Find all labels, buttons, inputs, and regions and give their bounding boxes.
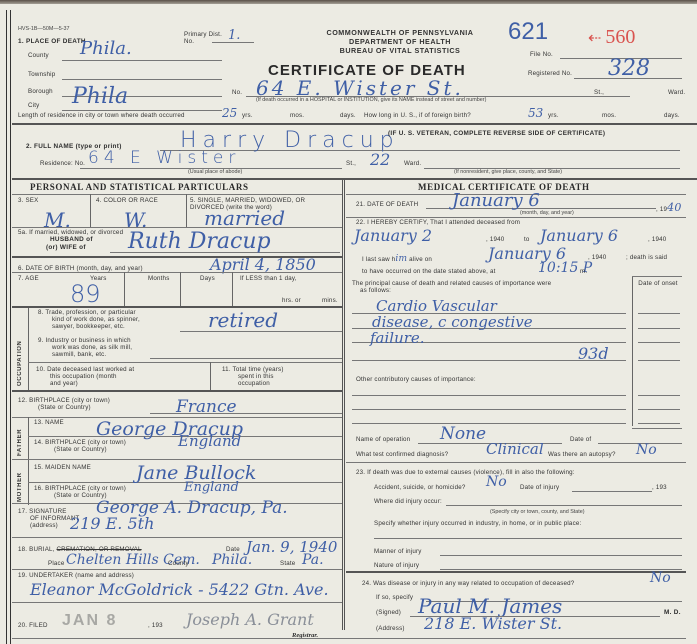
injury-year: , 193 (652, 484, 667, 491)
injury-where-label: Where did injury occur: (374, 498, 442, 505)
residence-label: Residence: No. (40, 160, 85, 167)
cause-line-3: failure. (370, 330, 533, 346)
form-code: HVS-1B—50M—5-37 (18, 26, 70, 32)
address-label: (Address) (376, 625, 405, 632)
spouse-value: Ruth Dracup (128, 229, 271, 254)
last-saw-label: I last saw him alive on (362, 254, 432, 264)
header-line-3: BUREAU OF VITAL STATISTICS (300, 46, 500, 55)
header-line-1: COMMONWEALTH OF PENNSYLVANIA (300, 28, 500, 37)
dob-label: 6. DATE OF BIRTH (month, day, and year) (18, 265, 143, 272)
residence-ward-value: 22 (370, 150, 390, 169)
us-days-label: days. (664, 112, 680, 119)
m-label: m. (580, 268, 587, 275)
trade-label: 8. Trade, profession, or particular kind… (38, 309, 140, 330)
birthplace-sub: (State or Country) (38, 404, 91, 411)
months-label: Months (148, 275, 170, 282)
city-value: Phila (72, 84, 128, 109)
certify-label: 22. I HEREBY CERTIFY, That I attended de… (356, 219, 520, 226)
filed-year: , 193 (148, 622, 163, 629)
agency-header: COMMONWEALTH OF PENNSYLVANIA DEPARTMENT … (300, 28, 500, 55)
occupation-related-value: No (650, 570, 671, 586)
mos-label: mos. (290, 112, 304, 119)
father-side-label: FATHER (17, 420, 23, 456)
father-bp-label: 14. BIRTHPLACE (city or town) (34, 439, 126, 446)
test-label: What test confirmed diagnosis? (356, 451, 448, 458)
injury-specify-label: Specify whether injury occurred in indus… (374, 520, 581, 527)
residence-length-label: Length of residence in city or town wher… (18, 112, 185, 119)
birthplace-value: France (176, 397, 237, 417)
specify-label: If so, specify (376, 594, 413, 601)
last-worked-label: 10. Date deceased last worked at this oc… (36, 366, 134, 387)
cause-duration: 93d (578, 344, 609, 363)
file-no-label: File No. (530, 51, 553, 58)
trade-value: retired (208, 308, 278, 332)
accident-value: No (486, 474, 507, 490)
left-border-rule (6, 10, 11, 640)
date-of-death-year: , 1940 (656, 201, 682, 214)
street-no-label: No. (232, 89, 242, 96)
autopsy-label: Was there an autopsy? (548, 451, 616, 458)
signed-label: (Signed) (376, 609, 401, 616)
age-years-value: 89 (70, 280, 101, 308)
md-label: M. D. (664, 609, 681, 616)
manner-label: Manner of injury (374, 548, 422, 555)
informant-address: 219 E. 5th (70, 514, 154, 533)
burial-state-label: State (280, 560, 295, 567)
spouse-label-1: 5a. If married, widowed, or divorced (18, 229, 123, 236)
city-label: City (28, 102, 39, 109)
residence-ward-label: Ward. (404, 160, 421, 167)
ward-label: Ward. (668, 89, 685, 96)
autopsy-value: No (636, 442, 657, 458)
header-line-2: DEPARTMENT OF HEALTH (300, 37, 500, 46)
spouse-label-3: (or) WIFE of (46, 244, 86, 251)
operation-label: Name of operation (356, 436, 410, 443)
veteran-note: (IF U. S. VETERAN, COMPLETE REVERSE SIDE… (388, 130, 605, 137)
accident-label: Accident, suicide, or homicide? (374, 484, 466, 491)
usual-place-note: (Usual place of abode) (188, 169, 242, 175)
st-label: St., (594, 89, 604, 96)
cause-line-1: Cardio Vascular (376, 298, 533, 314)
operation-date-label: Date of (570, 436, 591, 443)
mother-side-label: MOTHER (17, 462, 23, 502)
occurred-label: to have occurred on the date stated abov… (362, 268, 496, 275)
hospital-note: (If death occurred in a HOSPITAL or INST… (256, 97, 486, 103)
race-label: 4. COLOR OR RACE (96, 197, 158, 204)
total-time-label: 11. Total time (years) spent in this occ… (222, 366, 284, 387)
file-no-stamp: ⇠ 560 (588, 26, 635, 49)
attended-from-year: , 1940 (486, 236, 504, 243)
date-of-death-sub: (month, day, and year) (520, 210, 574, 216)
cause-of-death: Cardio Vascular disease, c congestive fa… (376, 298, 533, 346)
us-mos-label: mos. (602, 112, 616, 119)
registered-no-label: Registered No. (528, 70, 572, 77)
borough-label: Borough (28, 88, 53, 95)
onset-label: Date of onset (636, 280, 680, 287)
industry-label: 9. Industry or business in which work wa… (38, 337, 132, 358)
spouse-label-2: HUSBAND of (50, 236, 93, 243)
undertaker-label: 19. UNDERTAKER (name and address) (18, 572, 134, 579)
death-certificate: HVS-1B—50M—5-37 1. PLACE OF DEATH County… (0, 4, 697, 640)
address-value: 218 E. Wister St. (424, 614, 562, 633)
yrs-label: yrs. (242, 112, 253, 119)
undertaker-value: Eleanor McGoldrick - 5422 Gtn. Ave. (30, 580, 329, 599)
nonresident-note: (If nonresident, give place, county, and… (454, 169, 562, 175)
burial-county-value: Phila. (212, 552, 252, 568)
us-years: 53 (528, 106, 543, 120)
attended-to-year: , 1940 (648, 236, 666, 243)
injury-where-sub: (Specify city or town, county, and State… (490, 509, 585, 515)
mother-bp-value: England (184, 480, 239, 495)
county-value: Phila. (80, 38, 132, 59)
mother-name-label: 15. MAIDEN NAME (34, 464, 91, 471)
primary-dist-value: 1. (228, 28, 240, 43)
county-label: County (28, 52, 49, 59)
registered-no-value: 328 (608, 56, 650, 81)
attended-from-value: January 2 (354, 226, 432, 245)
cause-line-2: disease, c congestive (372, 314, 533, 330)
filed-label: 20. FILED (18, 622, 48, 629)
age-label: 7. AGE (18, 275, 39, 282)
father-bp-sub: (State or Country) (54, 446, 107, 453)
us-length-label: How long in U. S., if of foreign birth? (364, 112, 471, 119)
other-causes-label: Other contributory causes of importance: (356, 376, 476, 383)
burial-state-value: Pa. (302, 552, 324, 568)
injury-date-label: Date of injury (520, 484, 559, 491)
to-label: to (524, 236, 530, 243)
birthplace-label: 12. BIRTHPLACE (city or town) (18, 397, 110, 404)
days-label: days. (340, 112, 356, 119)
mother-bp-label: 16. BIRTHPLACE (city or town) (34, 485, 126, 492)
burial-county-label: County (168, 560, 189, 567)
filed-stamp: JAN 8 (62, 612, 117, 630)
nature-label: Nature of injury (374, 562, 419, 569)
external-causes-label: 23. If death was due to external causes … (356, 469, 575, 476)
registrar-signature: Joseph A. Grant (186, 610, 314, 629)
cause-label: The principal cause of death and related… (352, 280, 551, 294)
personal-section-title: PERSONAL AND STATISTICAL PARTICULARS (30, 182, 249, 192)
residence-years: 25 (222, 106, 237, 120)
attended-to-value: January 6 (540, 226, 618, 245)
residence-value: 64 E Wister (88, 148, 240, 168)
operation-value: None (440, 424, 486, 444)
township-label: Township (28, 71, 55, 78)
burial-place-label: Place (48, 560, 64, 567)
days-label: Days (200, 275, 215, 282)
death-said-label: ; death is said (626, 254, 667, 261)
residence-st-label: St., (346, 160, 356, 167)
occupation-side-label: OCCUPATION (17, 314, 23, 386)
less-than-day-label: If LESS than 1 day, (240, 275, 297, 282)
sex-label: 3. SEX (18, 197, 38, 204)
place-of-death-label: 1. PLACE OF DEATH (18, 38, 86, 45)
us-yrs-label: yrs. (548, 112, 559, 119)
file-no-handwritten: 621 (508, 18, 548, 46)
arrow-left-icon: ⇠ (588, 30, 605, 47)
occupation-related-label: 24. Was disease or injury in any way rel… (362, 580, 574, 587)
father-bp-value: England (178, 432, 241, 450)
date-of-death-value: January 6 (452, 190, 540, 211)
date-of-death-label: 21. DATE OF DEATH (356, 201, 418, 208)
hrs-label: hrs. or (282, 297, 301, 304)
test-value: Clinical (486, 440, 544, 458)
father-name-label: 13. NAME (34, 419, 64, 426)
mins-label: mins. (322, 297, 338, 304)
